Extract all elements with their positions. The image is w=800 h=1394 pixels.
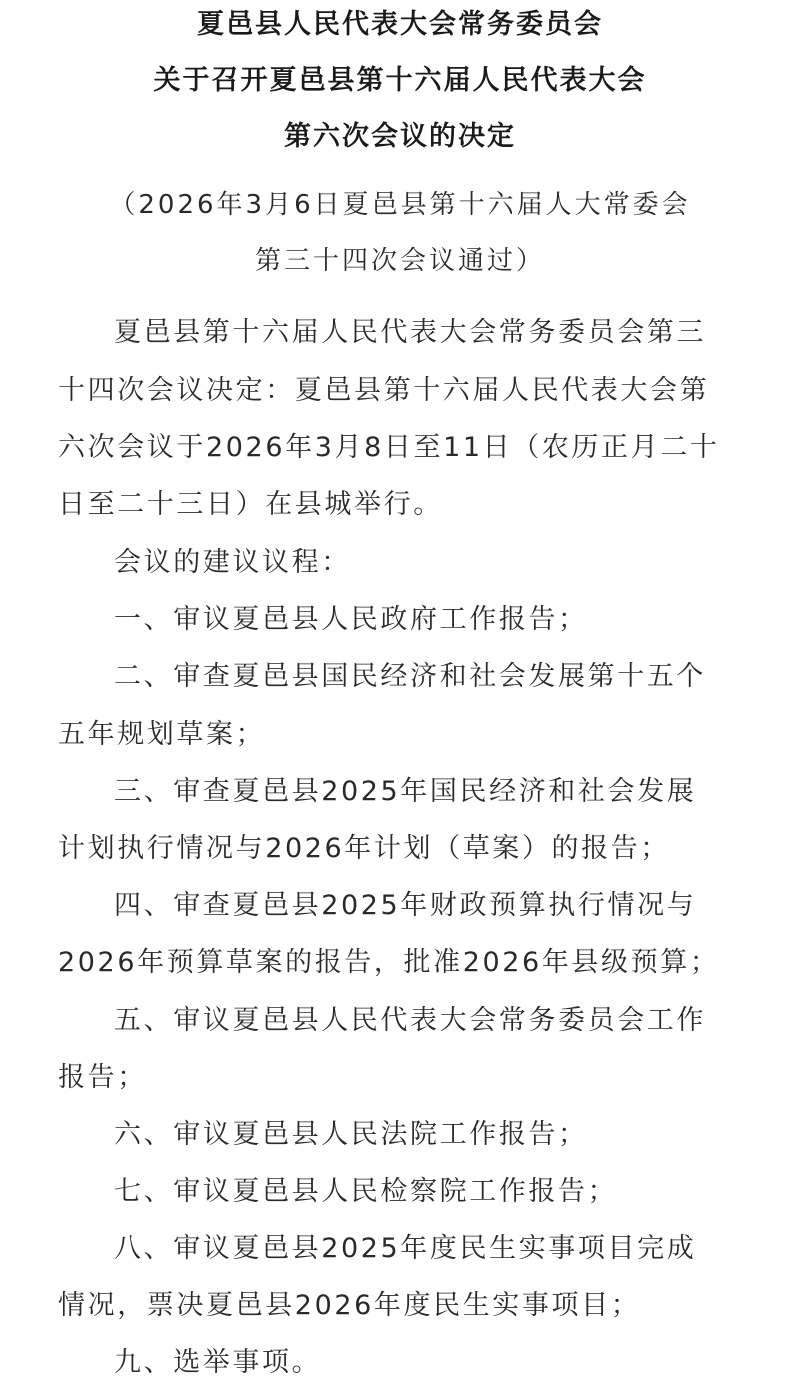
agenda-item-2-cont: 五年规划草案； <box>58 712 265 751</box>
agenda-item-5-cont: 报告； <box>58 1055 147 1094</box>
agenda-item-8: 八、审议夏邑县2025年度民生实事项目完成 <box>114 1226 696 1265</box>
intro-paragraph-line: 日至二十三日）在县城举行。 <box>58 482 443 521</box>
agenda-item-5: 五、审议夏邑县人民代表大会常务委员会工作 <box>114 998 706 1037</box>
intro-paragraph-line: 六次会议于2026年3月8日至11日（农历正月二十 <box>58 425 719 464</box>
agenda-item-2: 二、审查夏邑县国民经济和社会发展第十五个 <box>114 654 706 693</box>
adoption-note-line-1: （2026年3月6日夏邑县第十六届人大常委会 <box>0 184 800 221</box>
agenda-item-7: 七、审议夏邑县人民检察院工作报告； <box>114 1169 617 1208</box>
intro-paragraph-line: 十四次会议决定：夏邑县第十六届人民代表大会第 <box>58 368 709 407</box>
document-title-line-1: 夏邑县人民代表大会常务委员会 <box>0 2 800 41</box>
agenda-item-8-cont: 情况，票决夏邑县2026年度民生实事项目； <box>58 1283 640 1322</box>
agenda-item-4: 四、审查夏邑县2025年财政预算执行情况与 <box>114 883 696 922</box>
agenda-item-3-cont: 计划执行情况与2026年计划（草案）的报告； <box>58 826 670 865</box>
document-title-line-3: 第六次会议的决定 <box>0 114 800 153</box>
agenda-item-6: 六、审议夏邑县人民法院工作报告； <box>114 1112 588 1151</box>
agenda-item-9: 九、选举事项。 <box>114 1340 321 1379</box>
adoption-note-line-2: 第三十四次会议通过） <box>0 240 800 277</box>
agenda-heading: 会议的建议议程： <box>114 540 351 579</box>
agenda-item-4-cont: 2026年预算草案的报告，批准2026年县级预算； <box>58 940 719 979</box>
intro-paragraph-line: 夏邑县第十六届人民代表大会常务委员会第三 <box>114 310 706 349</box>
agenda-item-3: 三、审查夏邑县2025年国民经济和社会发展 <box>114 769 696 808</box>
agenda-item-1: 一、审议夏邑县人民政府工作报告； <box>114 597 588 636</box>
document-title-line-2: 关于召开夏邑县第十六届人民代表大会 <box>0 58 800 97</box>
